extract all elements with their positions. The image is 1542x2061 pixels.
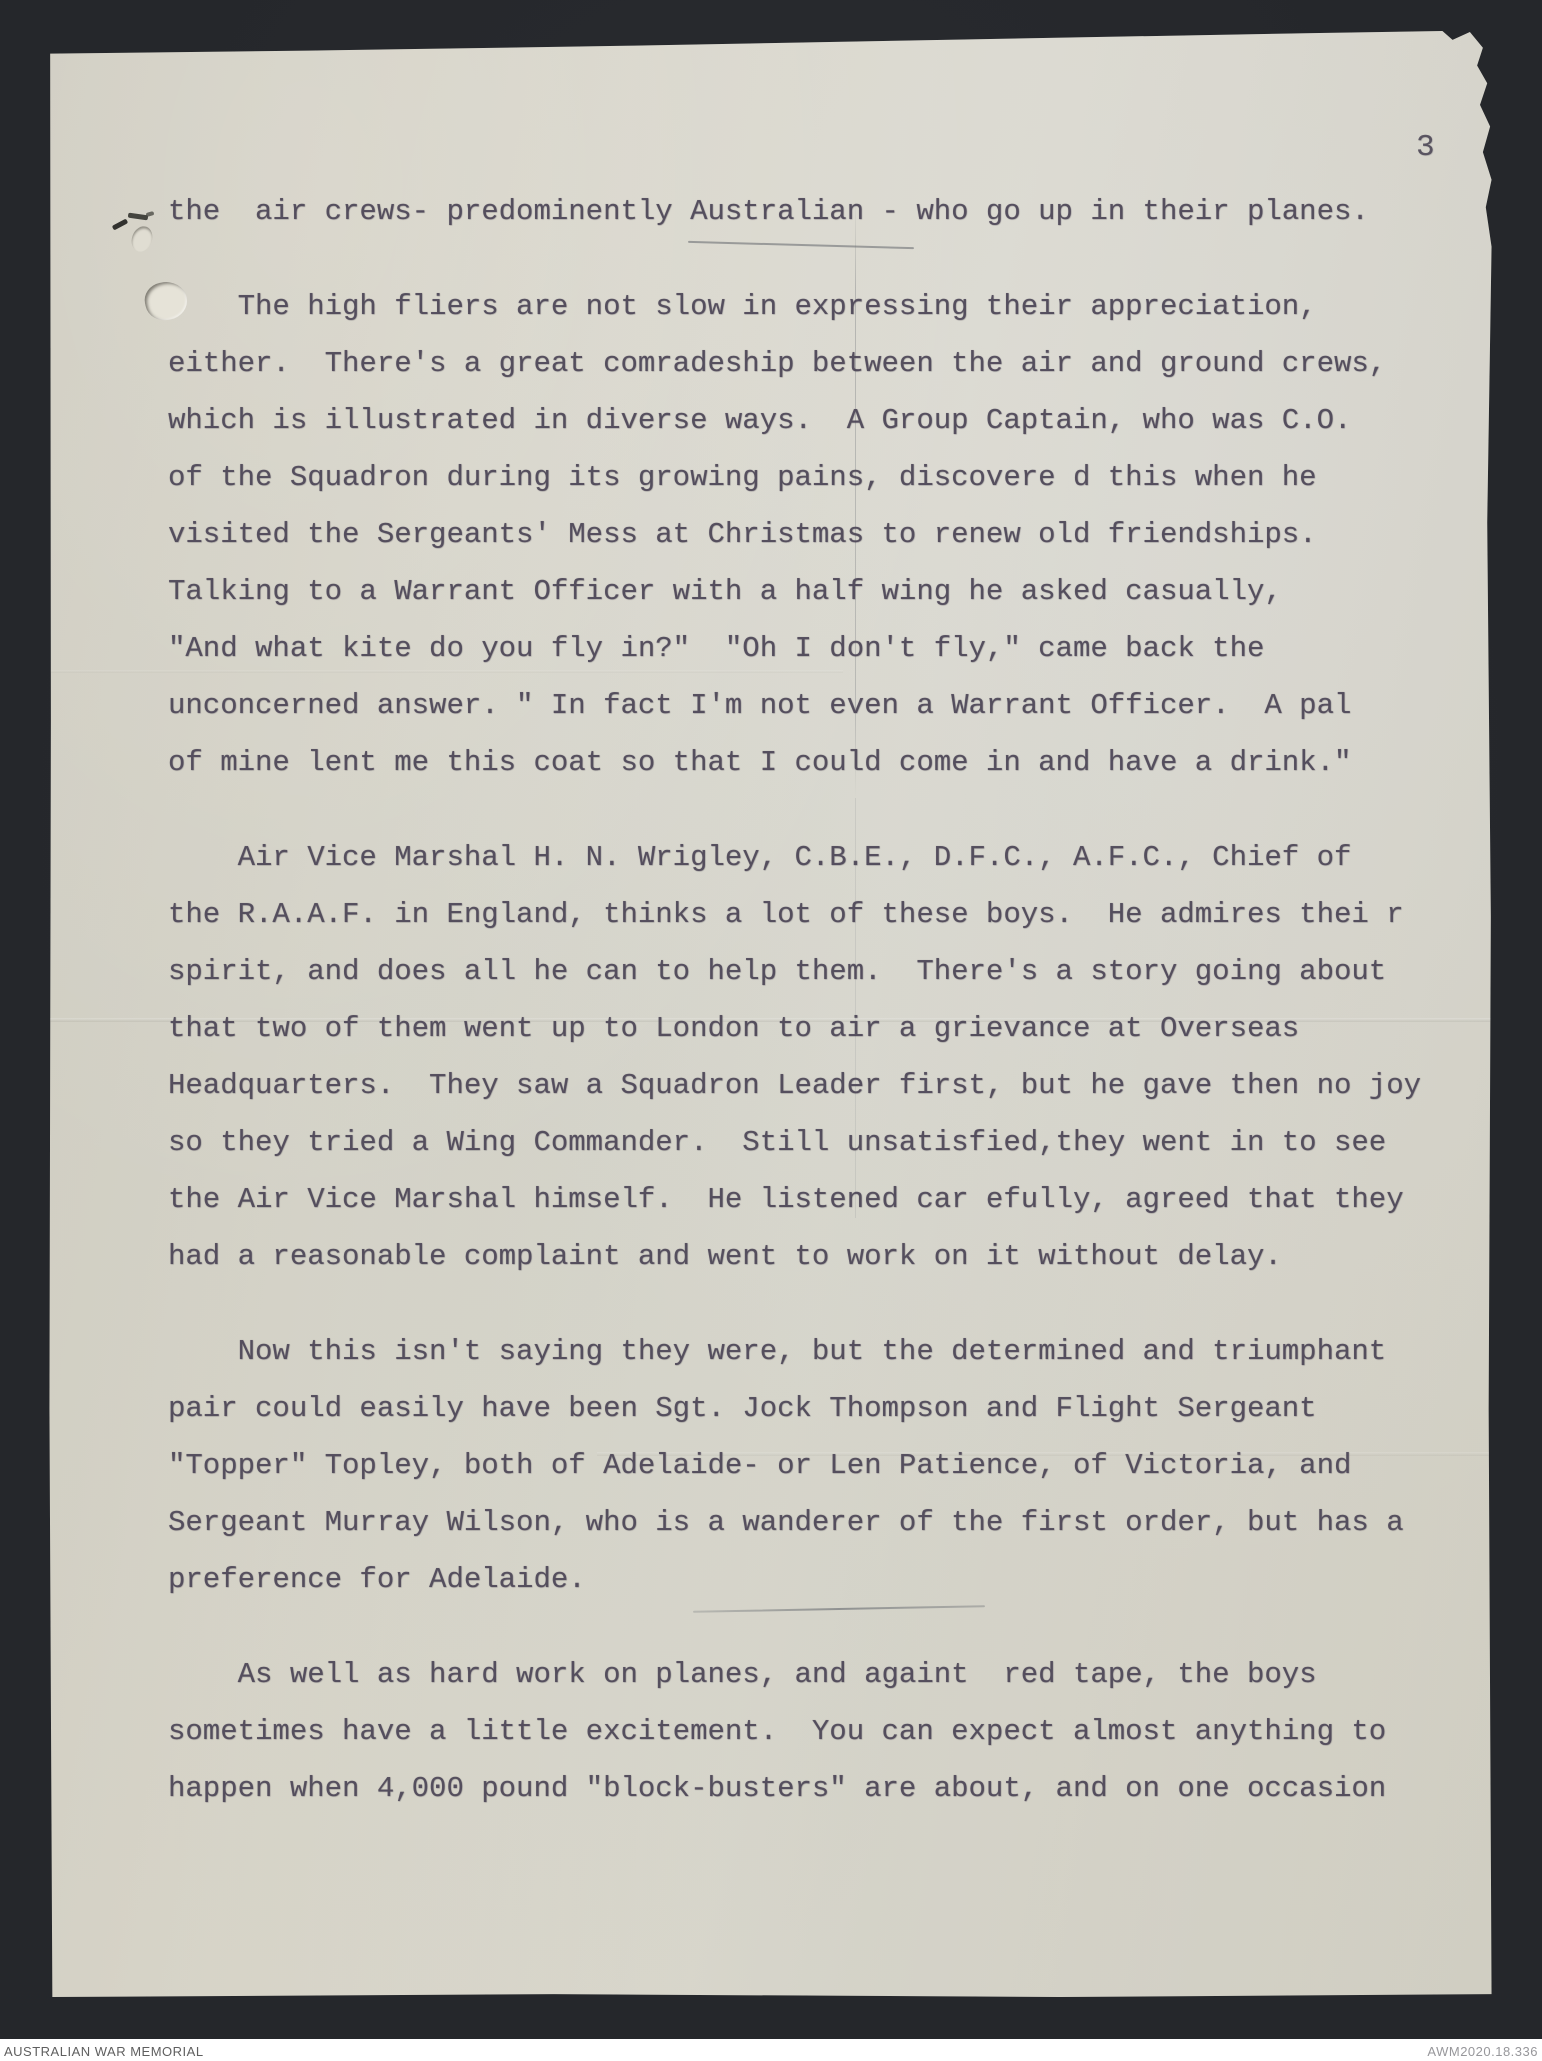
typewritten-line: As well as hard work on planes, and agai… [168,1646,1488,1703]
typewritten-line: "And what kite do you fly in?" "Oh I don… [168,620,1488,677]
paragraph: The high fliers are not slow in expressi… [168,278,1488,791]
typewritten-line: Talking to a Warrant Officer with a half… [168,563,1488,620]
typewritten-line: which is illustrated in diverse ways. A … [168,392,1488,449]
page-number: 3 [1416,130,1435,165]
paragraph: Now this isn't saying they were, but the… [168,1323,1488,1608]
typewritten-line: The high fliers are not slow in expressi… [168,278,1488,335]
typewritten-line: the R.A.A.F. in England, thinks a lot of… [168,886,1488,943]
typewritten-line: unconcerned answer. " In fact I'm not ev… [168,677,1488,734]
accession-number-label: AWM2020.18.336 [1427,2044,1538,2059]
pencil-underline-top [688,241,914,249]
typewritten-line: of mine lent me this coat so that I coul… [168,734,1488,791]
typewritten-line: so they tried a Wing Commander. Still un… [168,1114,1488,1171]
typewritten-line: Headquarters. They saw a Squadron Leader… [168,1057,1488,1114]
typewritten-line: spirit, and does all he can to help them… [168,943,1488,1000]
paragraph: Air Vice Marshal H. N. Wrigley, C.B.E., … [168,829,1488,1285]
scan-viewer: 3 the air crews- predominently Australia… [0,0,1542,2061]
typewritten-line: "Topper" Topley, both of Adelaide- or Le… [168,1437,1488,1494]
typewritten-line: preference for Adelaide. [168,1551,1488,1608]
typewritten-line: that two of them went up to London to ai… [168,1000,1488,1057]
paragraph: As well as hard work on planes, and agai… [168,1646,1488,1817]
typewritten-line: the Air Vice Marshal himself. He listene… [168,1171,1488,1228]
typewritten-line: Air Vice Marshal H. N. Wrigley, C.B.E., … [168,829,1488,886]
typewritten-line: pair could easily have been Sgt. Jock Th… [168,1380,1488,1437]
scanned-page: 3 the air crews- predominently Australia… [48,30,1493,2000]
typewritten-line: happen when 4,000 pound "block-busters" … [168,1760,1488,1817]
typewritten-line: sometimes have a little excitement. You … [168,1703,1488,1760]
typewritten-line: of the Squadron during its growing pains… [168,449,1488,506]
typewritten-line: Now this isn't saying they were, but the… [168,1323,1488,1380]
typewritten-line: Sergeant Murray Wilson, who is a wandere… [168,1494,1488,1551]
typewritten-line: had a reasonable complaint and went to w… [168,1228,1488,1285]
typewritten-line: either. There's a great comradeship betw… [168,335,1488,392]
archive-name-label: AUSTRALIAN WAR MEMORIAL [4,2044,204,2059]
footer-bar: AUSTRALIAN WAR MEMORIAL AWM2020.18.336 [0,2039,1542,2061]
typewritten-line: visited the Sergeants' Mess at Christmas… [168,506,1488,563]
paragraph: the air crews- predominently Australian … [168,183,1488,240]
typewritten-line: the air crews- predominently Australian … [168,183,1488,240]
